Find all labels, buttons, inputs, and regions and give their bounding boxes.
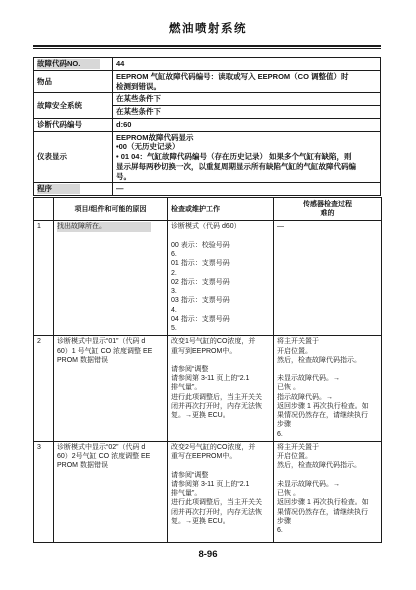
fail-safe-value-2: 在某些条件下 <box>113 106 381 119</box>
page-number: 8-96 <box>0 549 416 560</box>
header-sensor: 传感器检查过程 难的 <box>274 198 382 221</box>
fault-code-label-cell: 故障代码NO. <box>34 58 113 71</box>
step-number: 2 <box>34 336 54 442</box>
meter-display-label: 仪表显示 <box>34 131 113 183</box>
procedure-value: — <box>113 183 381 196</box>
table-row: 2 诊断模式中显示“01”（代码 d 60）1 号气缸 CO 浓度调整 EE P… <box>34 336 382 442</box>
step-item: 诊断模式中显示“01”（代码 d 60）1 号气缸 CO 浓度调整 EE PRO… <box>54 336 168 442</box>
fault-code-label: 故障代码NO. <box>37 59 100 69</box>
header-rule <box>33 45 381 49</box>
item-label: 物品 <box>34 70 113 93</box>
step-number: 1 <box>34 221 54 336</box>
diagnostic-steps-table: 项目/组件和可能的原因 检查或维护工作 传感器检查过程 难的 1 找出故障所在。… <box>33 197 382 543</box>
diag-code-label: 诊断代码编号 <box>34 118 113 131</box>
manual-page: 燃油喷射系统 故障代码NO. 44 物品 EEPROM 气缸故障代码编号：读取或… <box>0 0 416 590</box>
meter-display-value: EEPROM故障代码显示 •00（无历史记录） • 01 04：气缸故障代码编号… <box>113 131 381 183</box>
step-sensor: 将主开关置于 开启位置。 然后，检查故障代码指示。 未显示故障代码。→ 已恢 。… <box>274 336 382 442</box>
step-check: 诊断模式（代码 d60） 00 表示：校验号码 6. 01 指示：支票号码 2.… <box>168 221 274 336</box>
header-check: 检查或维护工作 <box>168 198 274 221</box>
step-item-cell: 找出故障所在。 <box>54 221 168 336</box>
step-sensor: 将主开关置于 开启位置。 然后，检查故障代码指示。 未显示故障代码。→ 已恢 。… <box>274 441 382 542</box>
step-check: 改变1号气缸的CO浓度，并 重写到EEPROM中。 请参阅“调整 请参阅第 3-… <box>168 336 274 442</box>
fail-safe-value-1: 在某些条件下 <box>113 93 381 106</box>
table-row: 1 找出故障所在。 诊断模式（代码 d60） 00 表示：校验号码 6. 01 … <box>34 221 382 336</box>
step-number: 3 <box>34 441 54 542</box>
fail-safe-label: 故障安全系统 <box>34 93 113 119</box>
item-value: EEPROM 气缸故障代码编号：读取或写入 EEPROM（CO 调整值）时 检测… <box>113 70 381 93</box>
table-row: 故障代码NO. 44 <box>34 58 381 71</box>
table-row: 物品 EEPROM 气缸故障代码编号：读取或写入 EEPROM（CO 调整值）时… <box>34 70 381 93</box>
table-row: 故障安全系统 在某些条件下 <box>34 93 381 106</box>
table-header-row: 项目/组件和可能的原因 检查或维护工作 传感器检查过程 难的 <box>34 198 382 221</box>
procedure-label-cell: 程序 <box>34 183 113 196</box>
header-item: 项目/组件和可能的原因 <box>54 198 168 221</box>
header-num <box>34 198 54 221</box>
fault-info-table: 故障代码NO. 44 物品 EEPROM 气缸故障代码编号：读取或写入 EEPR… <box>33 57 381 196</box>
page-content: 故障代码NO. 44 物品 EEPROM 气缸故障代码编号：读取或写入 EEPR… <box>33 57 381 543</box>
table-row: 仪表显示 EEPROM故障代码显示 •00（无历史记录） • 01 04：气缸故… <box>34 131 381 183</box>
page-title: 燃油喷射系统 <box>0 20 416 36</box>
table-row: 程序 — <box>34 183 381 196</box>
table-row: 3 诊断模式中显示“02”（代码 d 60）2号气缸 CO 浓度调整 EE PR… <box>34 441 382 542</box>
diag-code-value: d:60 <box>113 118 381 131</box>
step-item: 诊断模式中显示“02”（代码 d 60）2号气缸 CO 浓度调整 EE PROM… <box>54 441 168 542</box>
procedure-label: 程序 <box>37 184 80 194</box>
step-item: 找出故障所在。 <box>57 222 151 231</box>
step-check: 改变2号气缸的CO浓度，并 重写在EEPROM中。 请参阅“调整 请参阅第 3-… <box>168 441 274 542</box>
step-sensor: — <box>274 221 382 336</box>
table-row: 诊断代码编号 d:60 <box>34 118 381 131</box>
fault-code-value: 44 <box>113 58 381 71</box>
